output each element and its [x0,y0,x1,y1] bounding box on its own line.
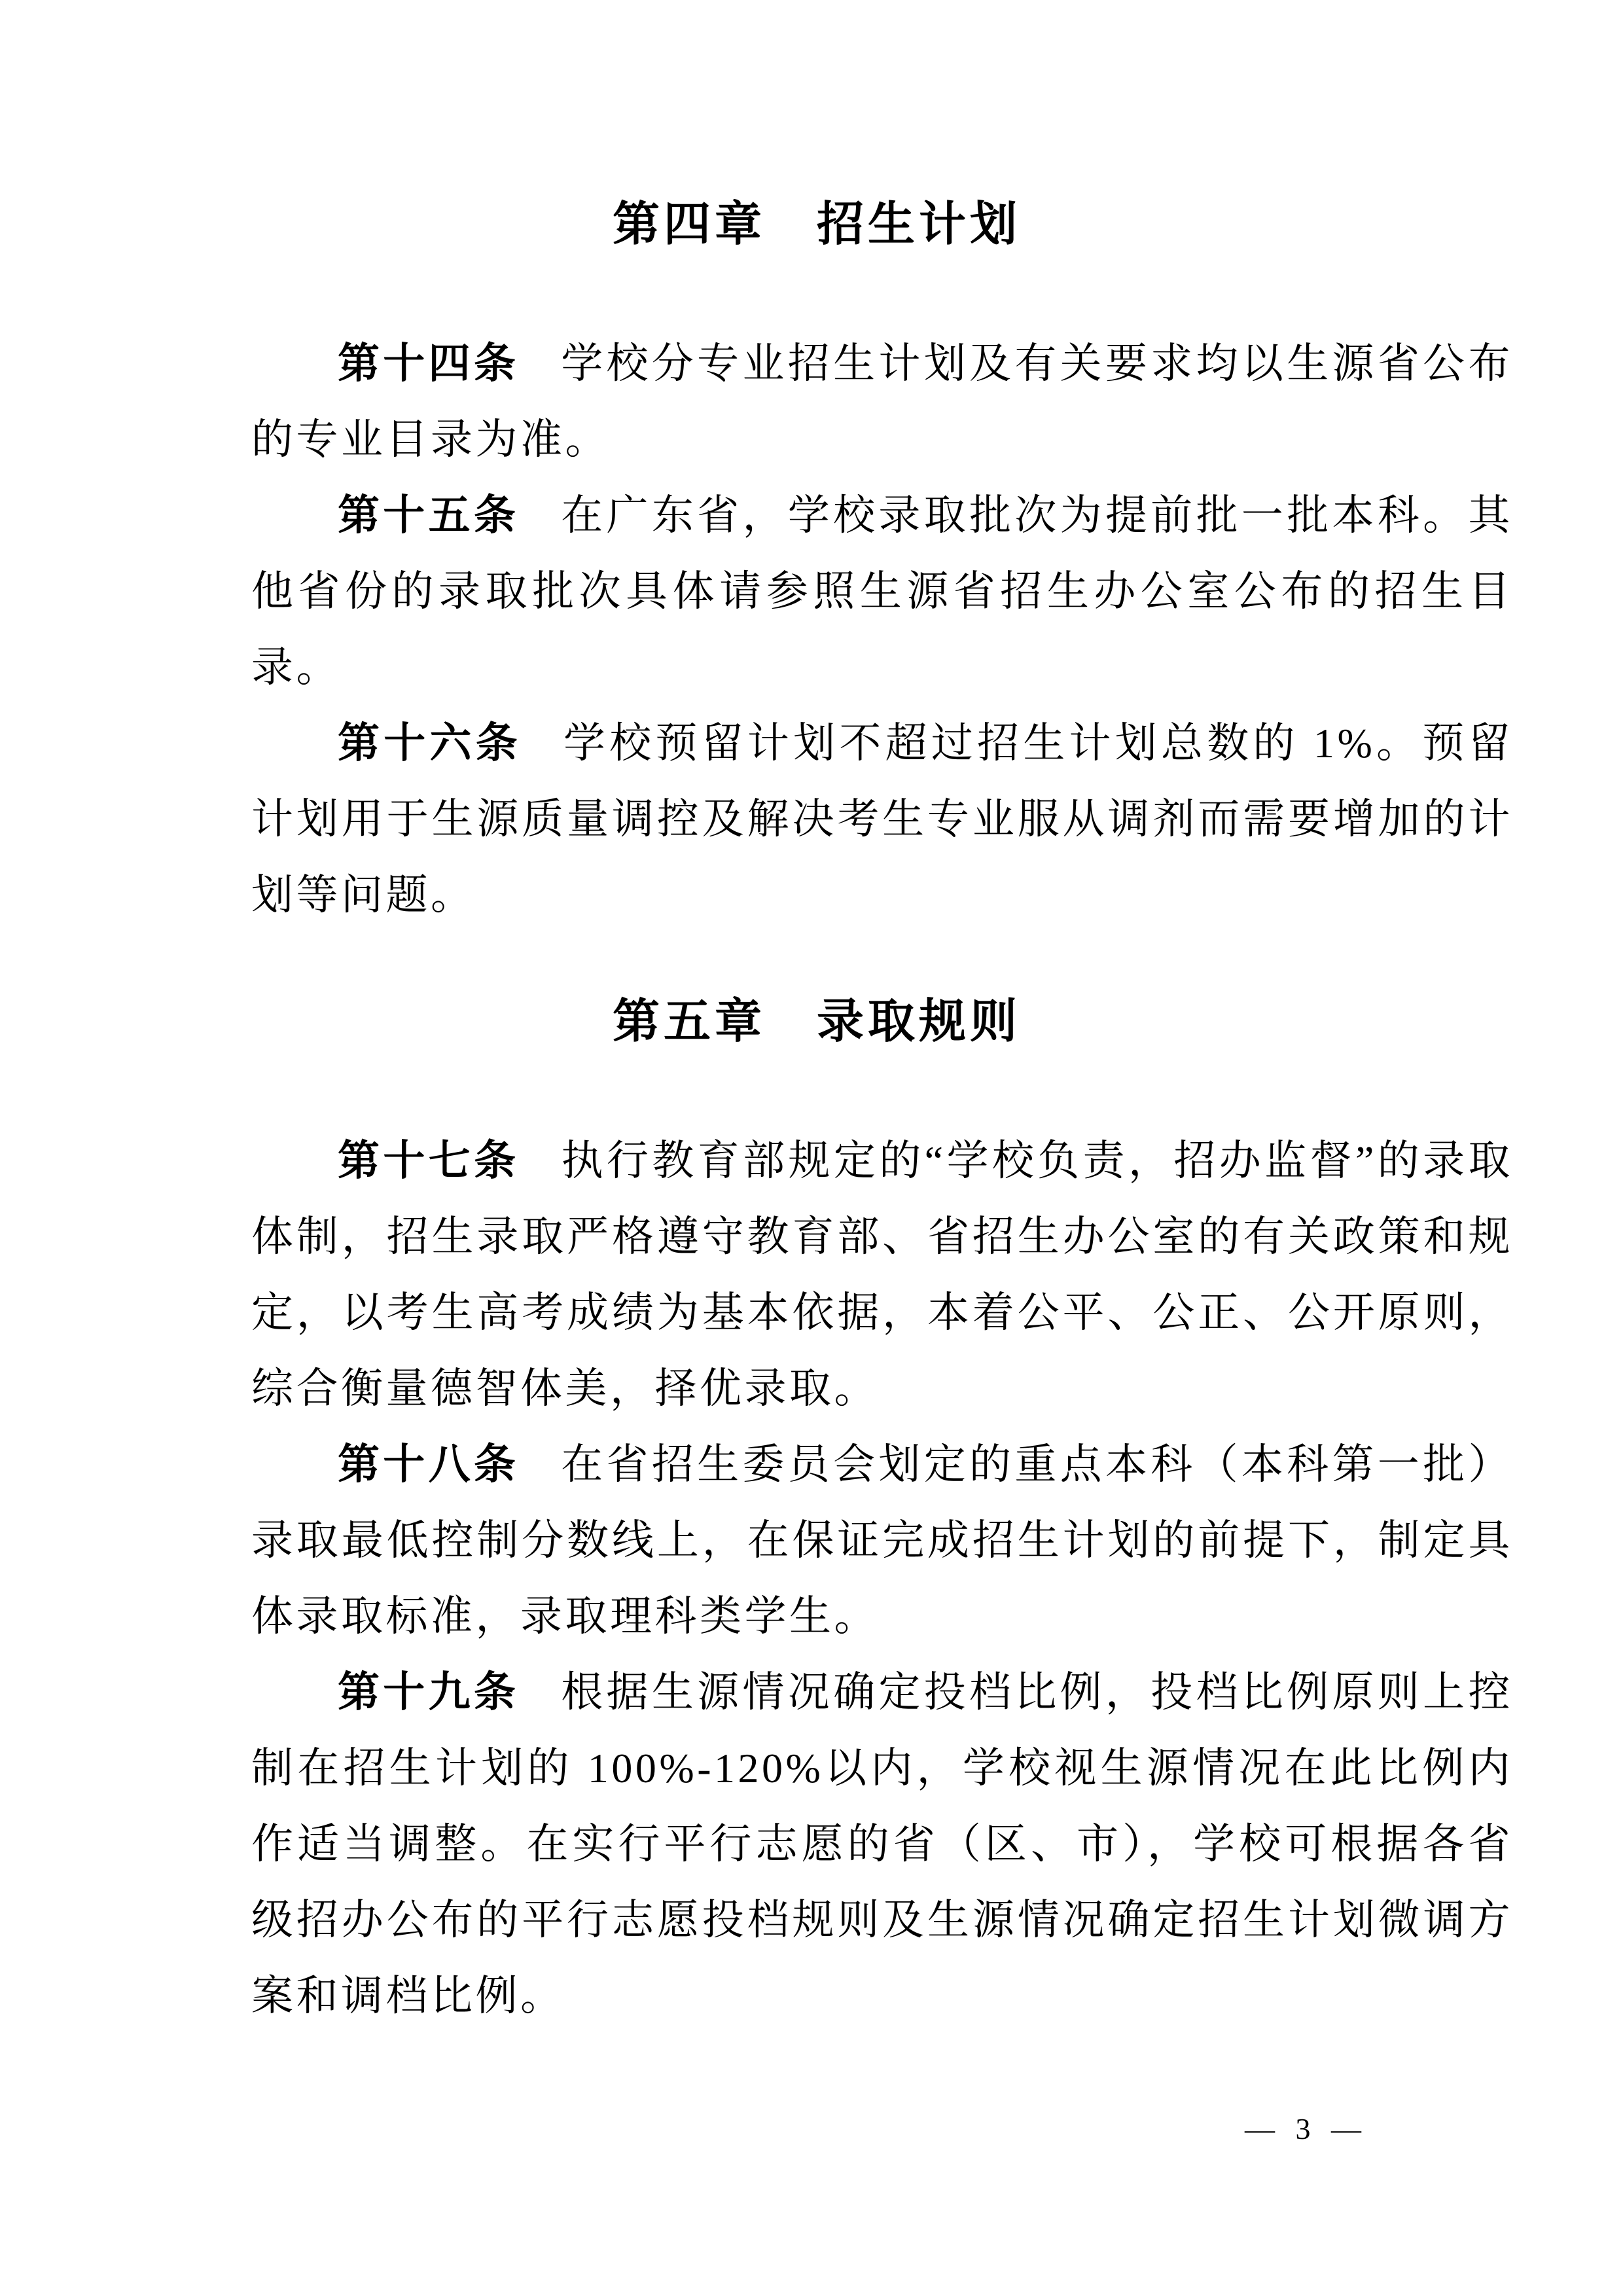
article-16-number: 第十六条 [338,720,522,766]
article-19-number: 第十九条 [338,1669,519,1715]
article-14-paragraph: 第十四条学校分专业招生计划及有关要求均以生源省公布的专业目录为准。 [251,326,1513,478]
article-18-paragraph: 第十八条在省招生委员会划定的重点本科（本科第一批）录取最低控制分数线上，在保证完… [251,1427,1513,1655]
page-number: — 3 — [1245,2111,1368,2146]
article-16-paragraph: 第十六条学校预留计划不超过招生计划总数的 1%。预留计划用于生源质量调控及解决考… [251,706,1513,933]
article-19-paragraph: 第十九条根据生源情况确定投档比例，投档比例原则上控制在招生计划的 100%-12… [251,1655,1513,2034]
chapter-5-title: 第五章 录取规则 [186,994,1448,1050]
page-content: 第四章 招生计划 第十四条学校分专业招生计划及有关要求均以生源省公布的专业目录为… [251,196,1513,2034]
document-page: 第四章 招生计划 第十四条学校分专业招生计划及有关要求均以生源省公布的专业目录为… [0,0,1623,2296]
article-17-paragraph: 第十七条执行教育部规定的“学校负责，招办监督”的录取体制，招生录取严格遵守教育部… [251,1123,1513,1427]
article-17-number: 第十七条 [338,1138,520,1184]
chapter-4-title: 第四章 招生计划 [186,196,1448,253]
article-19-text: 根据生源情况确定投档比例，投档比例原则上控制在招生计划的 100%-120%以内… [251,1669,1513,2019]
article-14-number: 第十四条 [338,340,519,387]
article-15-number: 第十五条 [338,492,519,539]
article-18-number: 第十八条 [338,1441,519,1488]
article-15-paragraph: 第十五条在广东省，学校录取批次为提前批一批本科。其他省份的录取批次具体请参照生源… [251,478,1513,706]
